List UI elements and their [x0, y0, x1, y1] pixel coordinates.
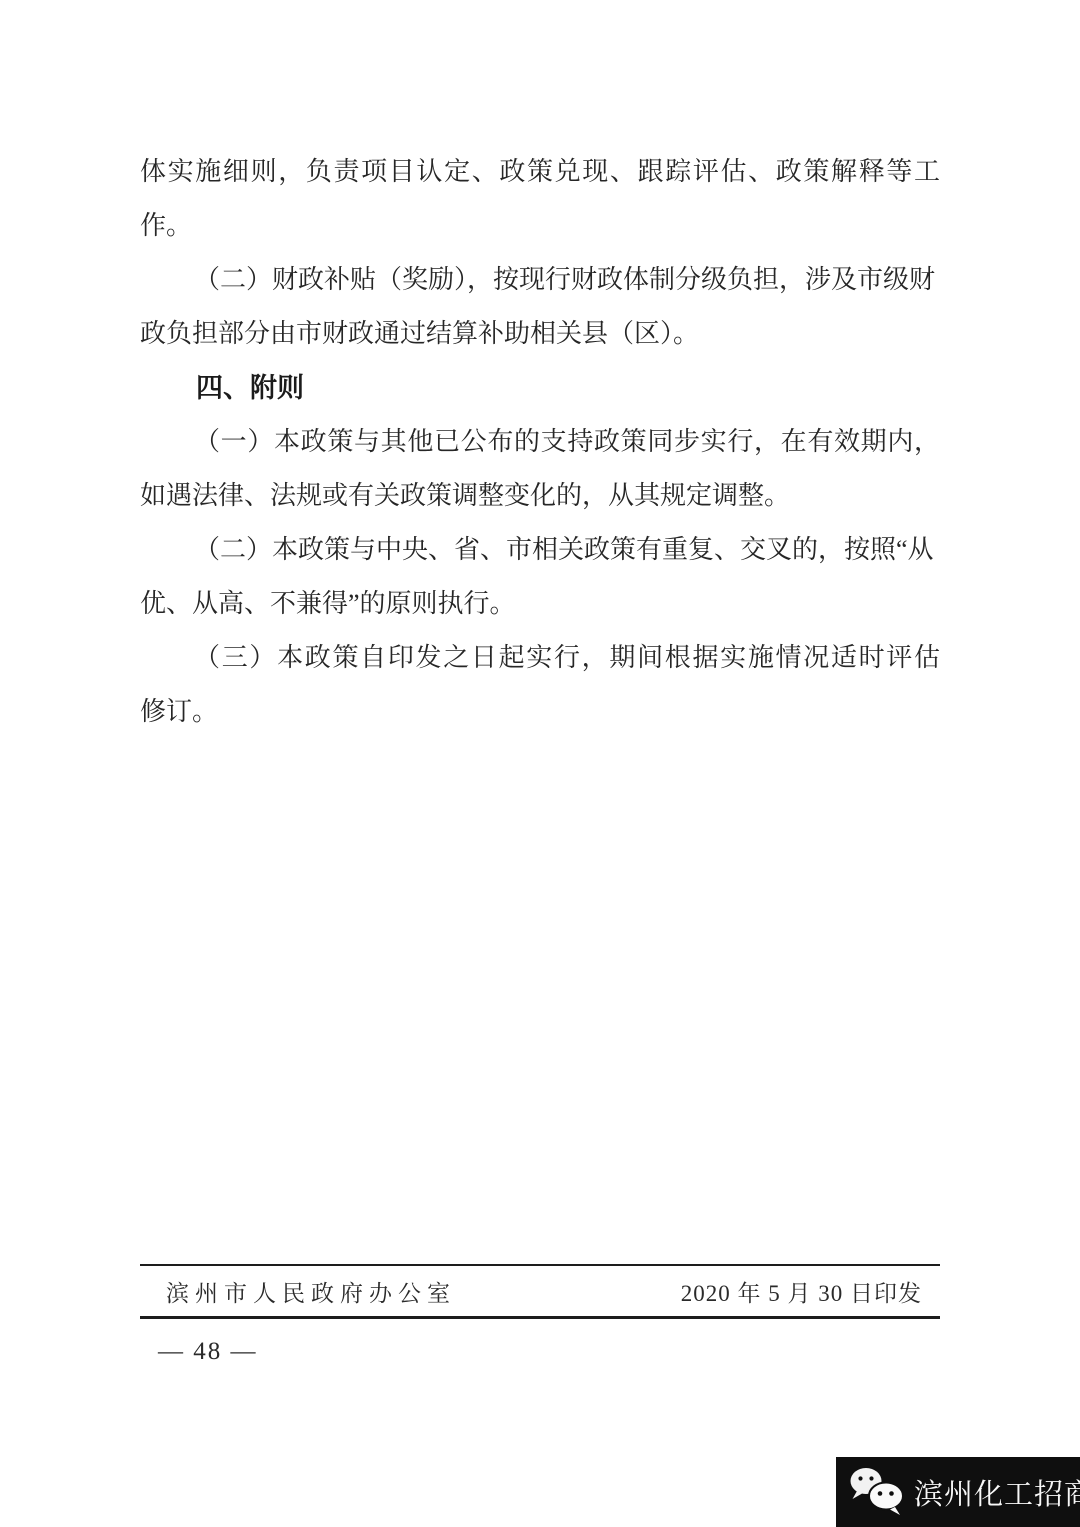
text-line: （二）本政策与中央、省、市相关政策有重复、交叉的，按照“从	[140, 523, 940, 577]
text-line: 体实施细则，负责项目认定、政策兑现、跟踪评估、政策解释等工	[140, 145, 940, 199]
text-line: 优、从高、不兼得”的原则执行。	[140, 577, 940, 631]
text-line: （三）本政策自印发之日起实行，期间根据实施情况适时评估	[140, 631, 940, 685]
document-body: 体实施细则，负责项目认定、政策兑现、跟踪评估、政策解释等工作。（二）财政补贴（奖…	[140, 145, 940, 739]
text-line: 如遇法律、法规或有关政策调整变化的，从其规定调整。	[140, 469, 940, 523]
watermark-label: 滨州化工招商	[914, 1472, 1080, 1513]
text-line: 作。	[140, 199, 940, 253]
text-line: 政负担部分由市财政通过结算补助相关县（区）。	[140, 307, 940, 361]
footer-print-date: 2020 年 5 月 30 日印发	[681, 1275, 940, 1308]
page-number: — 48 —	[158, 1337, 258, 1367]
wechat-icon	[846, 1465, 908, 1519]
section-heading: 四、附则	[140, 361, 940, 415]
text-line: （一）本政策与其他已公布的支持政策同步实行，在有效期内，	[140, 415, 940, 469]
text-line: （二）财政补贴（奖励），按现行财政体制分级负担，涉及市级财	[140, 253, 940, 307]
footer-issuer: 滨州市人民政府办公室	[140, 1275, 456, 1308]
text-line: 修订。	[140, 685, 940, 739]
document-page: 体实施细则，负责项目认定、政策兑现、跟踪评估、政策解释等工作。（二）财政补贴（奖…	[0, 0, 1080, 1527]
footer-rule-bottom	[140, 1316, 940, 1319]
wechat-watermark-badge: 滨州化工招商	[836, 1457, 1080, 1527]
footer-row: 滨州市人民政府办公室 2020 年 5 月 30 日印发	[140, 1266, 940, 1316]
